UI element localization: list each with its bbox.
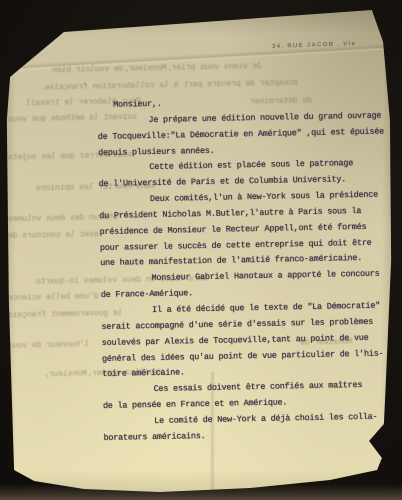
bleedthrough-fragment: accepter de prendre part à la collaborat…: [40, 79, 298, 93]
letter-paper: Je viens vous prier,Monsieur,de vouloir …: [0, 0, 402, 500]
photograph: Je viens vous prier,Monsieur,de vouloir …: [0, 0, 402, 500]
letter-body: Monsieur,.Je prépare une édition nouvell…: [0, 92, 402, 448]
